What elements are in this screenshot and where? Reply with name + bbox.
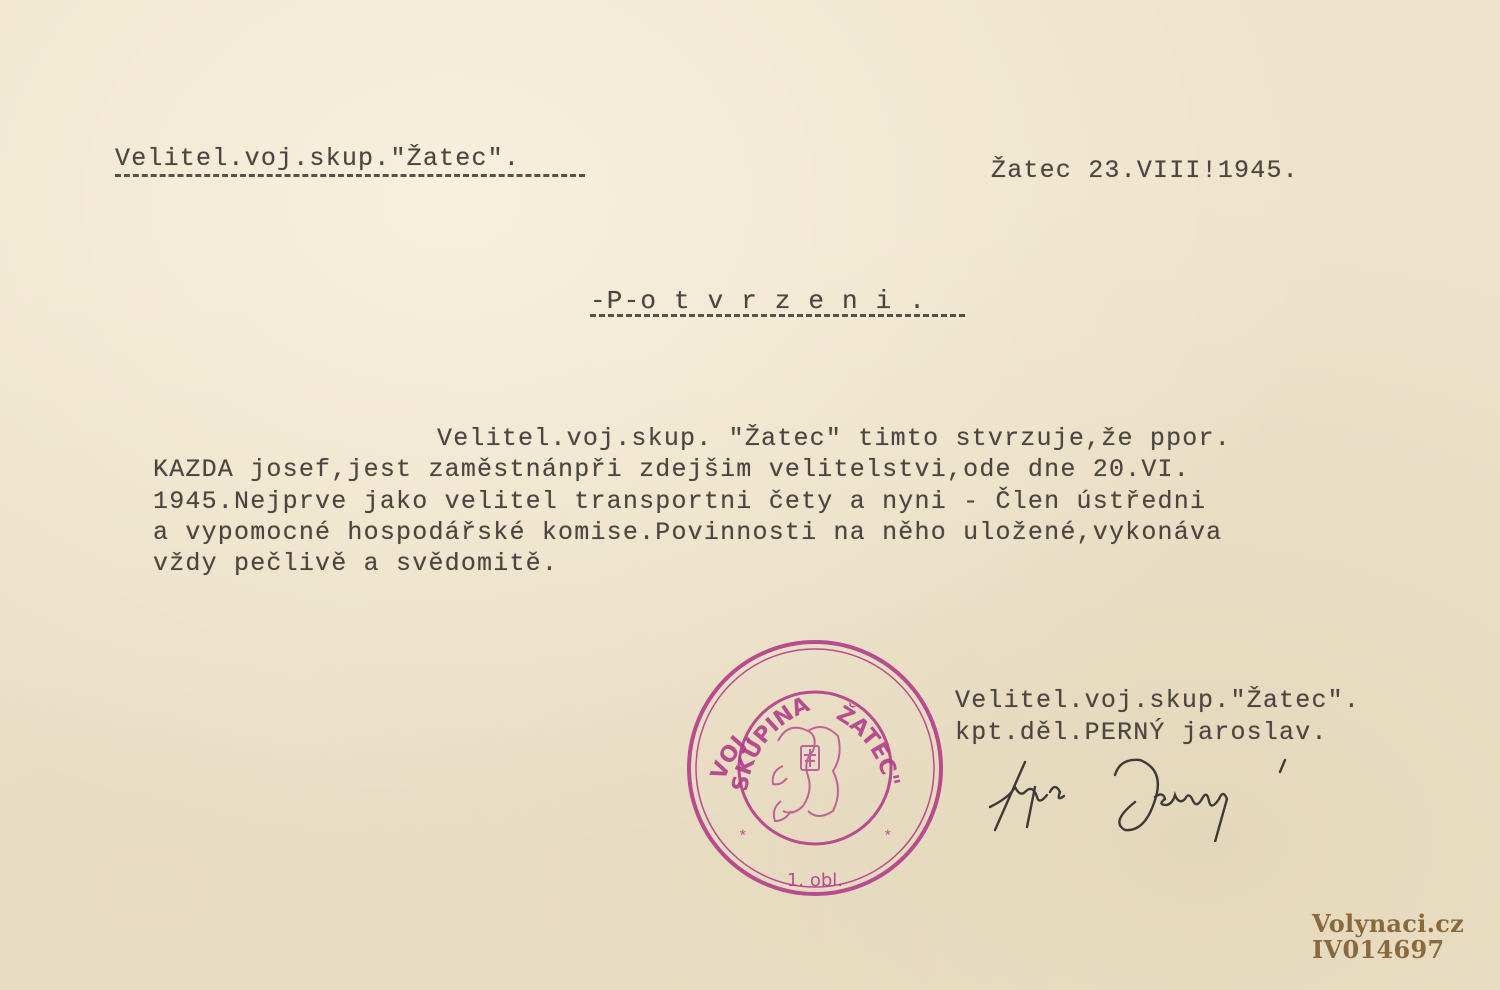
svg-text:*: * — [883, 828, 893, 846]
header-date-place: Žatec 23.VIII!1945. — [991, 156, 1299, 185]
body-line-3: 1945.Nejprve jako velitel transportni če… — [153, 487, 1206, 516]
header-left-unit: Velitel.voj.skup."Žatec". — [115, 144, 520, 173]
document-title: -P-o t v r z e n i . — [590, 286, 926, 316]
signature-name-line: kpt.děl.PERNÝ jaroslav. — [955, 718, 1328, 747]
watermark-id: IV014697 — [1312, 936, 1444, 964]
handwritten-signature — [980, 752, 1320, 842]
czech-lion-icon — [773, 727, 840, 821]
body-line-1: Velitel.voj.skup. "Žatec" timto stvrzuje… — [437, 424, 1231, 453]
body-line-2: KAZDA josef,jest zaměstnánpři zdejšim ve… — [153, 455, 1190, 484]
signature-unit-line: Velitel.voj.skup."Žatec". — [955, 686, 1360, 715]
body-line-4: a vypomocné hospodářské komise.Povinnost… — [153, 518, 1222, 547]
svg-text:*: * — [738, 828, 748, 846]
header-underline — [115, 174, 585, 177]
watermark-site: Volynaci.cz — [1312, 910, 1464, 938]
stamp-text-bottom: 1. obl. — [787, 870, 843, 891]
official-stamp: VOJ. SKUPINA ŽATEC" 1. obl. * * — [683, 636, 947, 900]
body-line-5: vždy pečlivě a svědomitě. — [153, 549, 558, 578]
title-underline — [590, 314, 965, 317]
